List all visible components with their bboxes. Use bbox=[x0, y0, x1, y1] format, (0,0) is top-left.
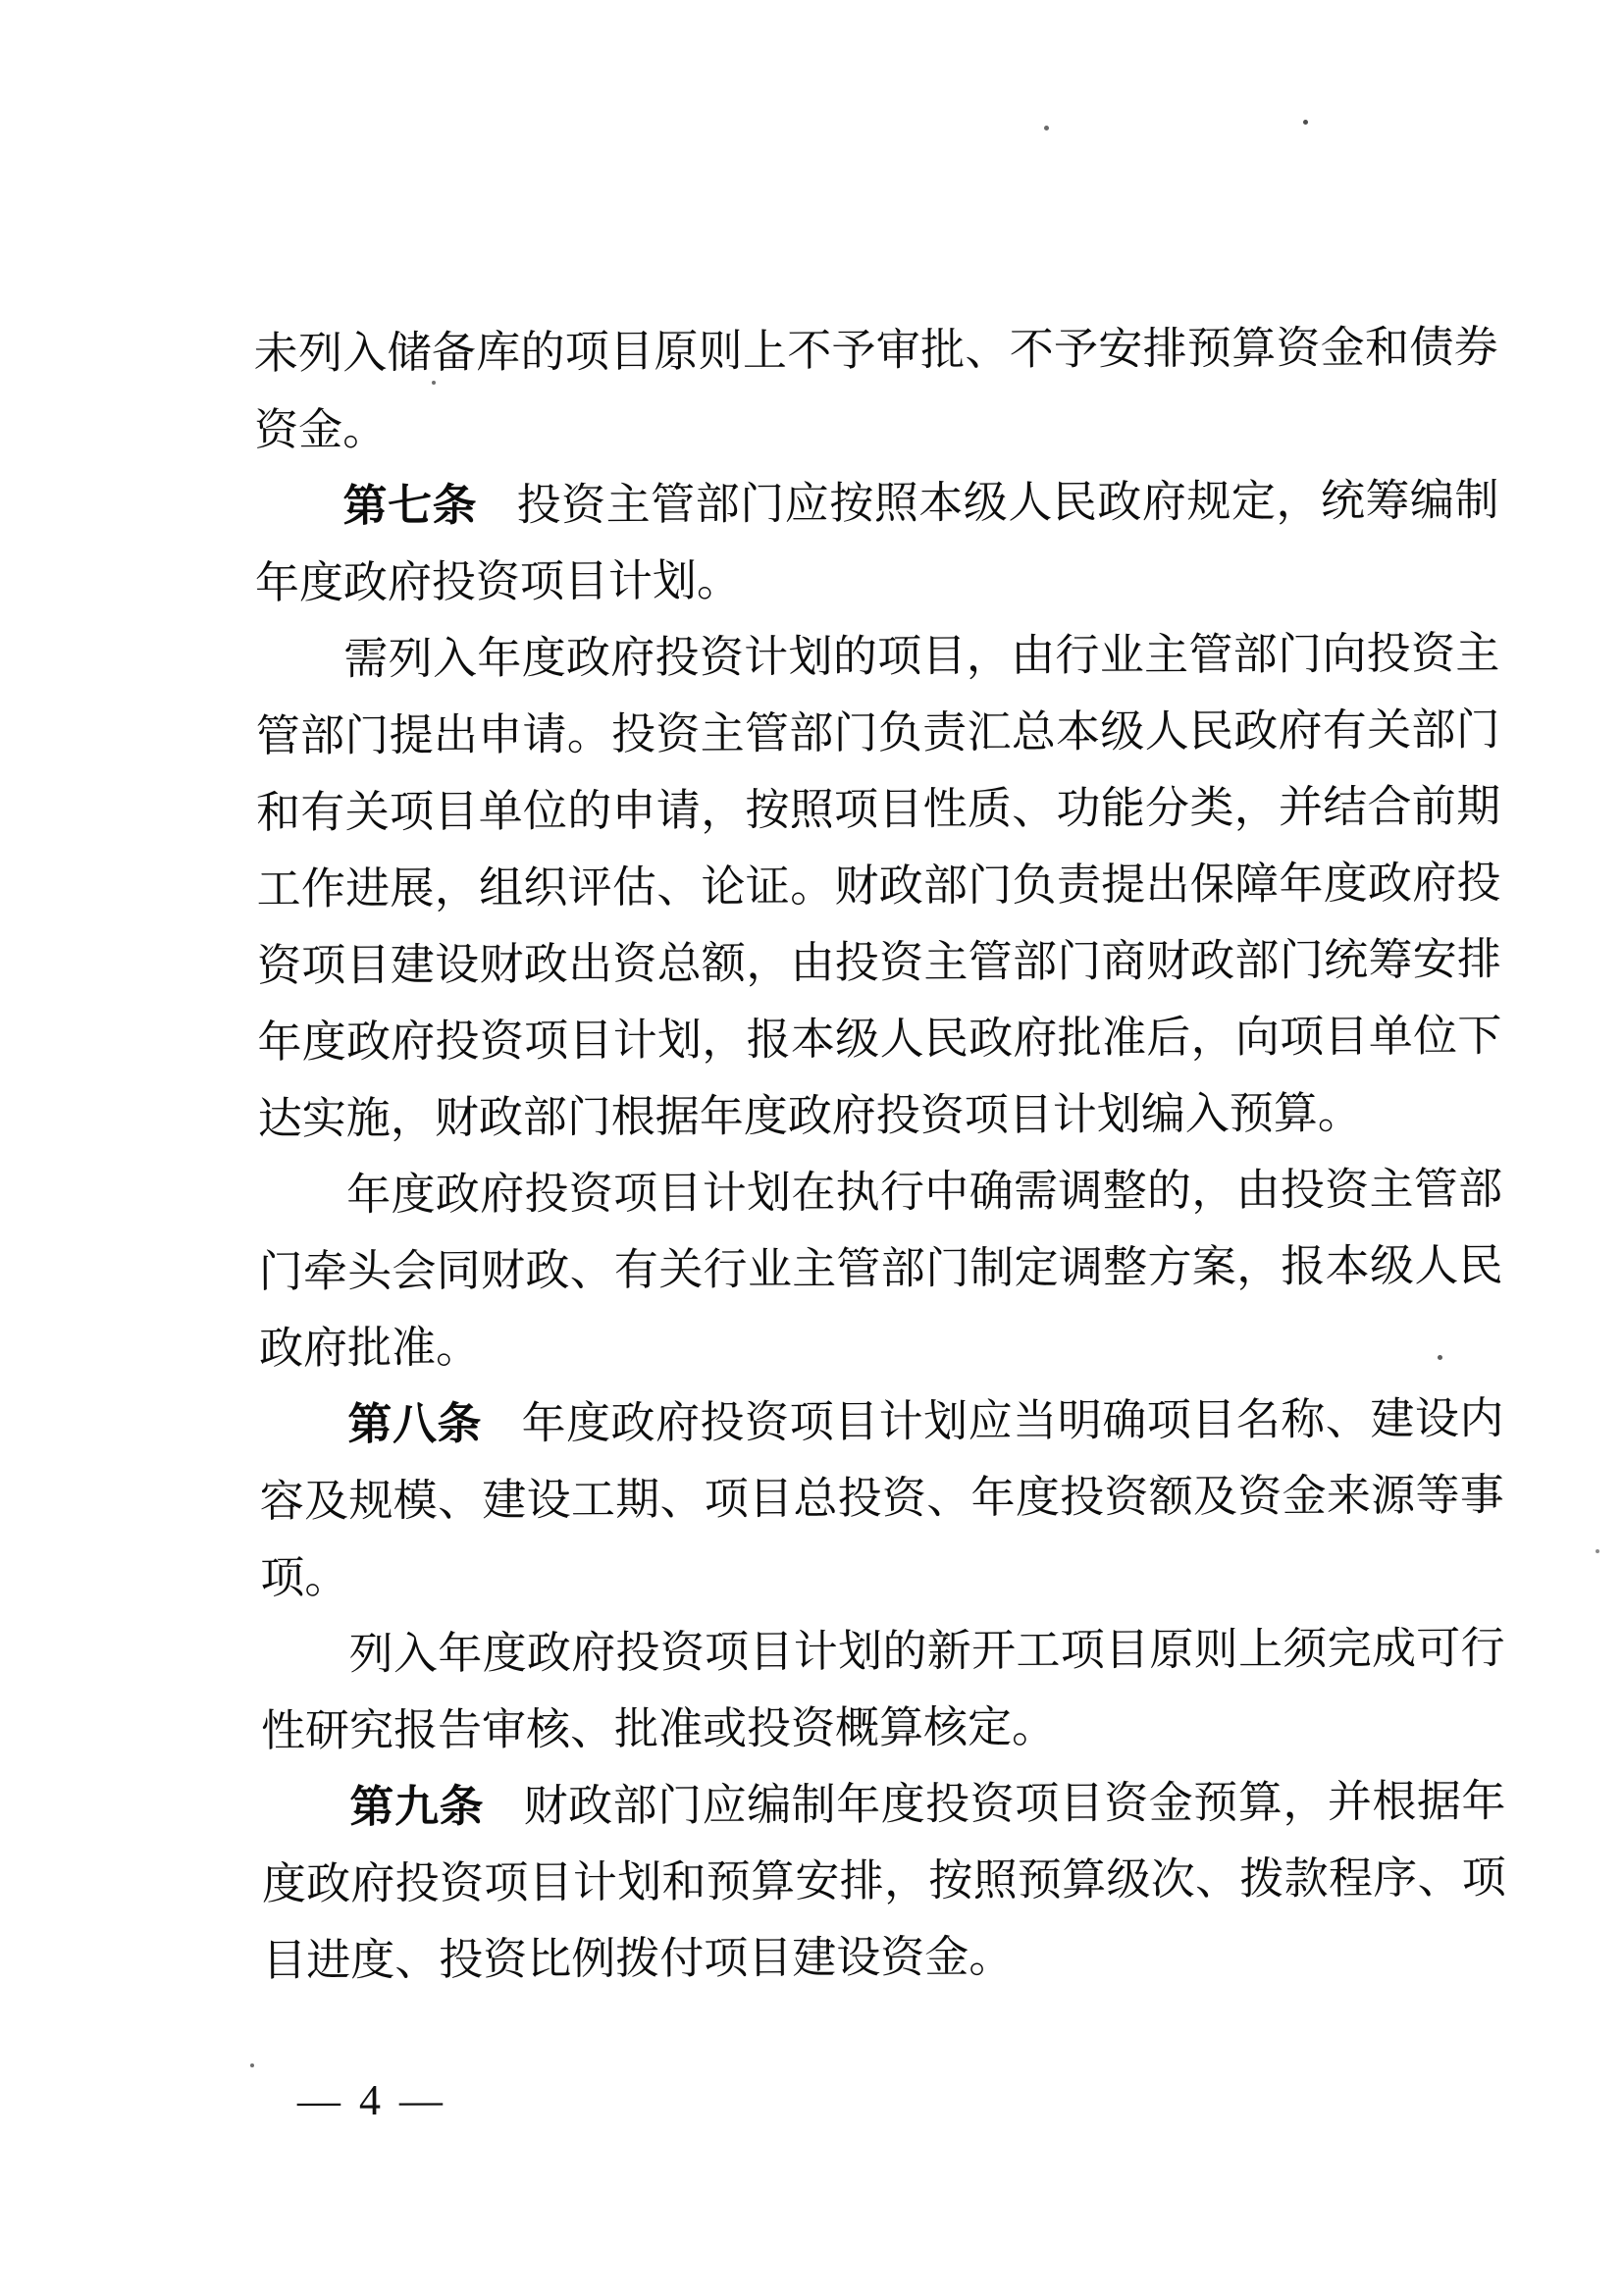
line-text: 年度政府投资项目计划，报本级人民政府批准后，向项目单位下 bbox=[257, 1012, 1501, 1068]
text-line: 第七条投资主管部门应按照本级人民政府规定，统筹编制 bbox=[254, 462, 1498, 546]
text-line: 列入年度政府投资项目计划的新开工项目原则上须完成可行 bbox=[260, 1610, 1504, 1694]
line-text: 未列入储备库的项目原则上不予审批、不予安排预算资金和债券 bbox=[254, 323, 1498, 379]
line-text: 和有关项目单位的申请，按照项目性质、功能分类，并结合前期 bbox=[256, 782, 1500, 838]
text-line: 未列入储备库的项目原则上不予审批、不予安排预算资金和债券 bbox=[254, 309, 1498, 392]
text-line: 需列入年度政府投资计划的项目，由行业主管部门向投资主 bbox=[255, 615, 1499, 699]
text-line: 第八条年度政府投资项目计划应当明确项目名称、建设内 bbox=[259, 1381, 1503, 1464]
document-page: 未列入储备库的项目原则上不予审批、不予安排预算资金和债券资金。第七条投资主管部门… bbox=[0, 0, 1623, 2296]
line-text: 列入年度政府投资项目计划的新开工项目原则上须完成可行 bbox=[349, 1624, 1505, 1679]
text-block: 未列入储备库的项目原则上不予审批、不予安排预算资金和债券资金。第七条投资主管部门… bbox=[254, 309, 1507, 2000]
scan-speck bbox=[432, 381, 436, 385]
line-text: 性研究报告审核、批准或投资概算核定。 bbox=[261, 1702, 1056, 1755]
text-line: 容及规模、建设工期、项目总投资、年度投资额及资金来源等事 bbox=[260, 1457, 1504, 1540]
text-line: 年度政府投资项目计划在执行中确需调整的，由投资主管部 bbox=[258, 1151, 1502, 1234]
line-text: 年度政府投资项目计划在执行中确需调整的，由投资主管部 bbox=[346, 1165, 1502, 1220]
text-line: 工作进展，组织评估、论证。财政部门负责提出保障年度政府投 bbox=[256, 845, 1500, 928]
line-text: 项。 bbox=[260, 1553, 348, 1602]
text-line: 度政府投资项目计划和预算安排，按照预算级次、拨款程序、项 bbox=[262, 1840, 1506, 1923]
text-line: 达实施，财政部门根据年度政府投资项目计划编入预算。 bbox=[258, 1074, 1502, 1158]
line-text: 财政部门应编制年度投资项目资金预算，并根据年 bbox=[523, 1777, 1506, 1831]
line-text: 政府批准。 bbox=[259, 1323, 480, 1373]
text-line: 管部门提出申请。投资主管部门负责汇总本级人民政府有关部门 bbox=[256, 692, 1500, 775]
line-text: 年度政府投资项目计划。 bbox=[255, 556, 741, 608]
heading-gap bbox=[477, 519, 516, 520]
scan-speck bbox=[1438, 1355, 1442, 1360]
line-text: 管部门提出申请。投资主管部门负责汇总本级人民政府有关部门 bbox=[256, 705, 1500, 761]
text-line: 目进度、投资比例拨付项目建设资金。 bbox=[262, 1916, 1506, 2000]
line-text: 度政府投资项目计划和预算安排，按照预算级次、拨款程序、项 bbox=[262, 1853, 1506, 1909]
line-text: 资项目建设财政出资总额，由投资主管部门商财政部门统筹安排 bbox=[257, 935, 1501, 991]
text-line: 第九条财政部门应编制年度投资项目资金预算，并根据年 bbox=[261, 1763, 1505, 1847]
text-line: 年度政府投资项目计划，报本级人民政府批准后，向项目单位下 bbox=[257, 998, 1501, 1081]
article-heading: 第八条 bbox=[347, 1399, 482, 1449]
line-text: 需列入年度政府投资计划的项目，由行业主管部门向投资主 bbox=[343, 629, 1499, 684]
line-text: 达实施，财政部门根据年度政府投资项目计划编入预算。 bbox=[258, 1088, 1362, 1143]
text-line: 资项目建设财政出资总额，由投资主管部门商财政部门统筹安排 bbox=[257, 921, 1501, 1005]
page-number: — 4 — bbox=[297, 2076, 446, 2126]
text-line: 年度政府投资项目计划。 bbox=[255, 539, 1499, 622]
line-text: 目进度、投资比例拨付项目建设资金。 bbox=[262, 1932, 1013, 1985]
line-text: 投资主管部门应按照本级人民政府规定，统筹编制 bbox=[516, 476, 1499, 530]
text-line: 性研究报告审核、批准或投资概算核定。 bbox=[261, 1687, 1505, 1770]
scan-speck bbox=[1044, 126, 1049, 130]
scan-speck bbox=[1303, 120, 1308, 125]
heading-gap bbox=[482, 1437, 521, 1438]
line-text: 资金。 bbox=[254, 405, 387, 455]
line-text: 容及规模、建设工期、项目总投资、年度投资额及资金来源等事 bbox=[260, 1471, 1504, 1527]
line-text: 年度政府投资项目计划应当明确项目名称、建设内 bbox=[521, 1394, 1504, 1448]
scan-speck bbox=[1596, 1549, 1599, 1553]
scan-speck bbox=[250, 2063, 254, 2067]
heading-gap bbox=[484, 1820, 523, 1821]
article-heading: 第七条 bbox=[342, 481, 477, 531]
text-line: 和有关项目单位的申请，按照项目性质、功能分类，并结合前期 bbox=[256, 768, 1500, 852]
text-line: 政府批准。 bbox=[259, 1304, 1503, 1387]
text-line: 项。 bbox=[260, 1534, 1504, 1617]
line-text: 门牵头会同财政、有关行业主管部门制定调整方案，报本级人民 bbox=[258, 1241, 1502, 1297]
text-line: 门牵头会同财政、有关行业主管部门制定调整方案，报本级人民 bbox=[258, 1227, 1502, 1311]
line-text: 工作进展，组织评估、论证。财政部门负责提出保障年度政府投 bbox=[256, 859, 1500, 914]
article-heading: 第九条 bbox=[349, 1782, 484, 1832]
text-line: 资金。 bbox=[254, 386, 1498, 469]
